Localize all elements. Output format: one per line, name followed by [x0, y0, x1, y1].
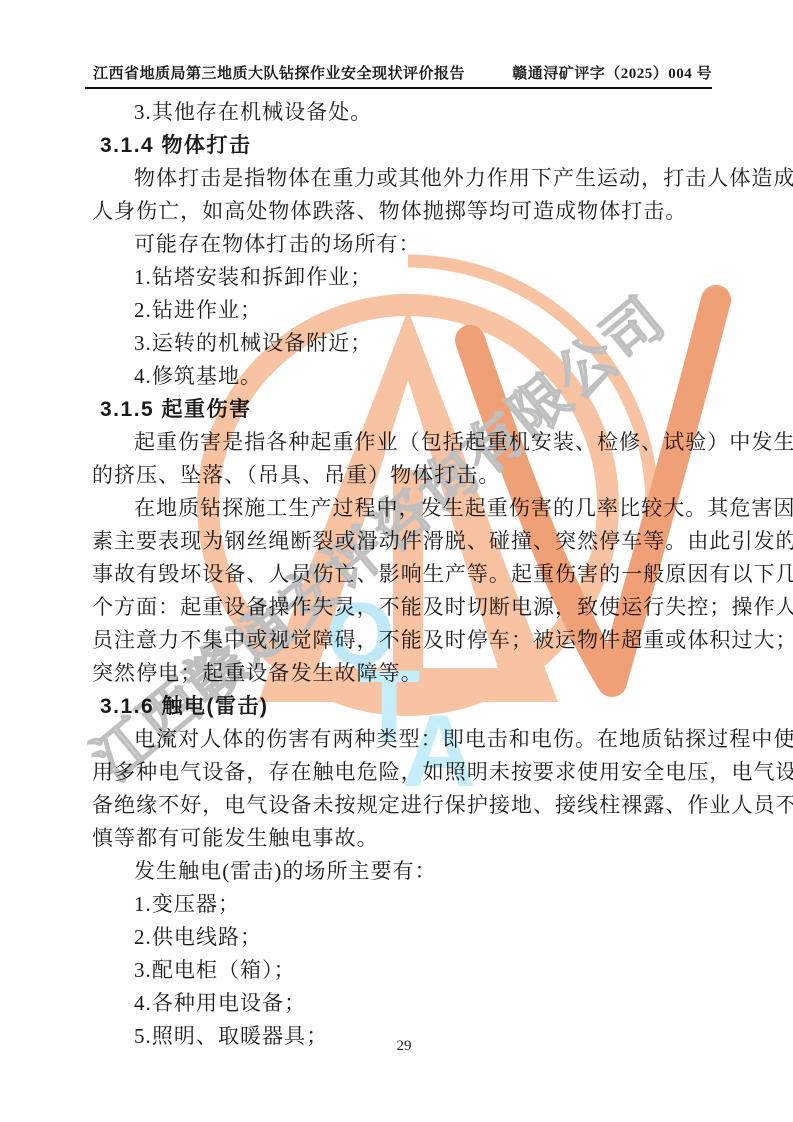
text-line: 可能存在物体打击的场所有： — [92, 228, 716, 261]
text-line: 素主要表现为钢丝绳断裂或滑动件滑脱、碰撞、突然停车等。由此引发的 — [92, 525, 716, 558]
header-report-title: 江西省地质局第三地质大队钻探作业安全现状评价报告 — [93, 62, 465, 83]
text-line: 的挤压、坠落、（吊具、吊重）物体打击。 — [92, 459, 716, 492]
text-line: 个方面：起重设备操作失灵，不能及时切断电源，致使运行失控；操作人 — [92, 591, 716, 624]
text-line: 3.其他存在机械设备处。 — [92, 96, 716, 129]
text-line: 2.供电线路； — [92, 921, 716, 954]
text-line: 3.运转的机械设备附近； — [92, 327, 716, 360]
text-line: 事故有毁坏设备、人员伤亡、影响生产等。起重伤害的一般原因有以下几 — [92, 558, 716, 591]
text-line: 1.变压器； — [92, 888, 716, 921]
header-rule — [85, 87, 712, 89]
text-line: 起重伤害是指各种起重作业（包括起重机安装、检修、试验）中发生 — [92, 426, 716, 459]
text-line: 员注意力不集中或视觉障碍，不能及时停车；被运物件超重或体积过大； — [92, 624, 716, 657]
text-line: 备绝缘不好，电气设备未按规定进行保护接地、接线柱裸露、作业人员不 — [92, 789, 716, 822]
document-page: 江西省地质局第三地质大队钻探作业安全现状评价报告 赣通浔矿评字（2025）004… — [0, 0, 793, 1122]
text-line: 2.钻进作业； — [92, 294, 716, 327]
text-line: 物体打击是指物体在重力或其他外力作用下产生运动，打击人体造成 — [92, 162, 716, 195]
text-line: 3.配电柜（箱）； — [92, 954, 716, 987]
section-heading: 3.1.5 起重伤害 — [92, 393, 716, 426]
text-line: 发生触电(雷击)的场所主要有： — [92, 855, 716, 888]
text-line: 慎等都有可能发生触电事故。 — [92, 822, 716, 855]
section-heading: 3.1.4 物体打击 — [92, 129, 716, 162]
text-line: 4.修筑基地。 — [92, 360, 716, 393]
header-document-number: 赣通浔矿评字（2025）004 号 — [512, 62, 712, 83]
text-line: 用多种电气设备，存在触电危险，如照明未按要求使用安全电压，电气设 — [92, 756, 716, 789]
section-heading: 3.1.6 触电(雷击) — [92, 690, 716, 723]
page-number: 29 — [92, 1038, 716, 1055]
text-line: 1.钻塔安装和拆卸作业； — [92, 261, 716, 294]
text-line: 人身伤亡，如高处物体跌落、物体抛掷等均可造成物体打击。 — [92, 195, 716, 228]
body-text: 3.其他存在机械设备处。3.1.4 物体打击物体打击是指物体在重力或其他外力作用… — [92, 96, 716, 1053]
text-line: 在地质钻探施工生产过程中，发生起重伤害的几率比较大。其危害因 — [92, 492, 716, 525]
text-line: 突然停电；起重设备发生故障等。 — [92, 657, 716, 690]
text-line: 4.各种用电设备； — [92, 987, 716, 1020]
page-header: 江西省地质局第三地质大队钻探作业安全现状评价报告 赣通浔矿评字（2025）004… — [85, 60, 712, 90]
text-line: 电流对人体的伤害有两种类型：即电击和电伤。在地质钻探过程中使 — [92, 723, 716, 756]
